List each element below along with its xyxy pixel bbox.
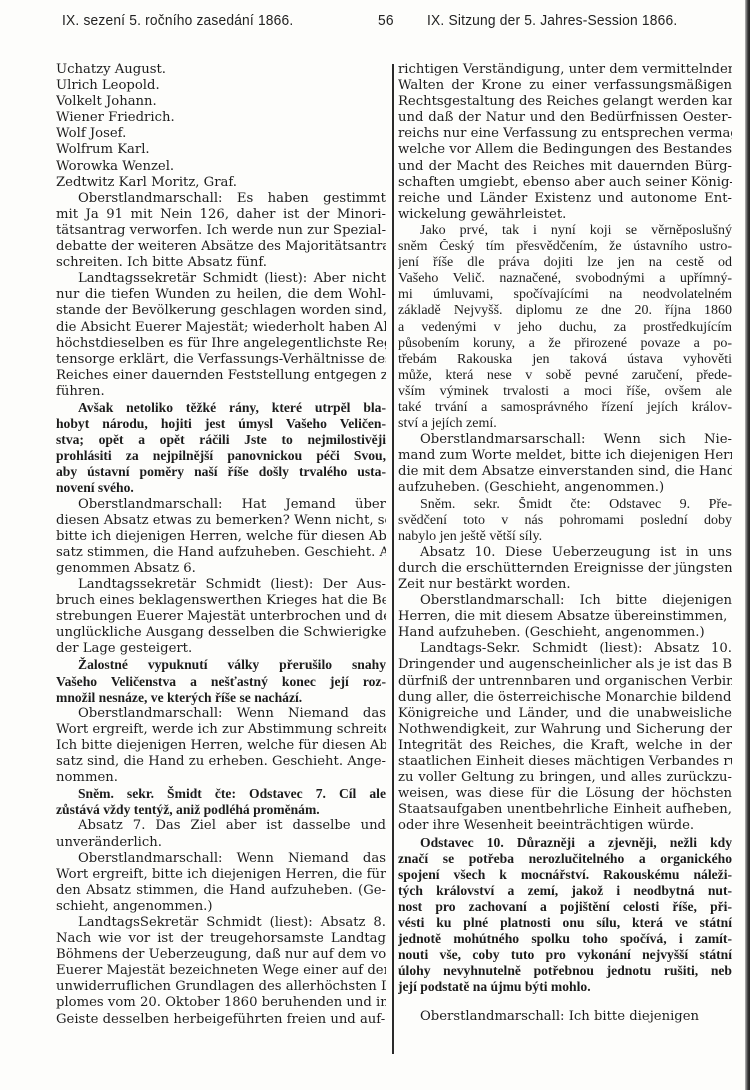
german-paragraph: Landtags-Sekr. Schmidt (liest): Absatz 1… [398, 641, 732, 834]
text-line: Landtagssekretär Schmidt (liest): Aber n… [56, 271, 386, 287]
german-paragraph: Landtagssekretär Schmidt (liest): Der Au… [56, 577, 386, 657]
german-paragraph: Absatz 10. Diese Ueberzeugung ist in uns… [398, 545, 732, 593]
voter-name: Wiener Friedrich. [56, 110, 386, 126]
text-line: jednotě mohútného spolku toho spočívá, i… [398, 931, 732, 947]
text-line: tých království a zemí, jakož i neodbytn… [398, 883, 732, 899]
text-line: bruch eines beklagenswerthen Krieges hat… [56, 593, 386, 609]
text-line: den Absatz stimmen, die Hand aufzuheben.… [56, 883, 386, 899]
text-line: satz sind, die Hand zu erheben. Geschieh… [56, 754, 386, 770]
paragraph-gap [398, 995, 732, 1009]
german-paragraph: Oberstlandmarschall: Wenn Niemand dasWor… [56, 706, 386, 786]
header-czech-title: IX. sezení 5. ročního zasedání 1866. [62, 12, 293, 29]
text-line: dürfniß der untrennbaren und organischen… [398, 674, 732, 690]
text-line: prohlásiti za nejpilnější panovnickou pé… [56, 448, 386, 464]
text-line: nost pro zachovaní a pojištění celosti ř… [398, 899, 732, 915]
text-line: mit Ja 91 mit Nein 126, daher ist der Mi… [56, 207, 386, 223]
left-column: Uchatzy August.Ulrich Leopold.Volkelt Jo… [56, 62, 386, 1028]
text-line: Vašeho Veličenstva a nešťastný konec jej… [56, 674, 386, 690]
text-line: schaften umgiebt, ebenso aber auch seine… [398, 175, 732, 191]
text-line: stande der Bevölkerung geschlagen worden… [56, 303, 386, 319]
text-line: ství a jejích zemí. [398, 416, 732, 432]
text-line: nouti vše, coby tuto pro vykonání nejvyš… [398, 947, 732, 963]
czech-paragraph: Sněm. sekr. Šmidt čte: Odstavec 9. Pře-s… [398, 497, 732, 545]
text-line: oder ihre Wesenheit beeinträchtigen würd… [398, 818, 732, 834]
text-line: Oberstlandmarschall: Wenn Niemand das [56, 851, 386, 867]
text-line: nur die tiefen Wunden zu heilen, die dem… [56, 287, 386, 303]
vote-name-list: Uchatzy August.Ulrich Leopold.Volkelt Jo… [56, 62, 386, 191]
left-column-paragraphs: Oberstlandmarschall: Es haben gestimmtmi… [56, 191, 386, 1028]
text-line: strebungen Euerer Majestät unterbrochen … [56, 609, 386, 625]
text-line: značí se potřeba nerozlučitelného a orga… [398, 851, 732, 867]
text-line: Wort ergreift, werde ich zur Abstimmung … [56, 722, 386, 738]
text-line: schieht, angenommen.) [56, 899, 386, 915]
text-line: množil nesnáze, ve kterých říše se nachá… [56, 690, 386, 706]
german-paragraph: Absatz 7. Das Ziel aber ist dasselbe und… [56, 818, 386, 850]
text-line: plomes vom 20. Oktober 1860 beruhenden u… [56, 995, 386, 1011]
czech-paragraph: Jako prvé, tak i nyní koji se věrněposlu… [398, 223, 732, 432]
german-paragraph: Oberstlandmarschall: Ich bitte diejenige… [398, 1009, 732, 1025]
text-line: staatlichen Einheit dieses mächtigen Ver… [398, 754, 732, 770]
text-line: Zeit nur bestärkt worden. [398, 577, 732, 593]
right-column: richtigen Verständigung, unter dem vermi… [398, 62, 732, 1026]
text-line: der Lage gesteigert. [56, 641, 386, 657]
text-line: úlohy nevyhnutelně potřebnou jednotu ruš… [398, 963, 732, 979]
text-line: Dringender und augenscheinlicher als je … [398, 657, 732, 673]
text-line: Sněm. sekr. Šmidt čte: Odstavec 9. Pře- [398, 497, 732, 513]
text-line: Vašeho Velič. naznačené, svobodnými a up… [398, 271, 732, 287]
text-line: Euerer Majestät bezeichneten Wege einer … [56, 963, 386, 979]
text-line: Geiste desselben herbeigeführten freien … [56, 1012, 386, 1028]
header-german-title: IX. Sitzung der 5. Jahres-Session 1866. [427, 12, 677, 29]
text-line: Rechtsgestaltung des Reiches gelangt wer… [398, 94, 732, 110]
text-line: sněm Český tím přesvědčením, že ústavníh… [398, 239, 732, 255]
text-line: Oberstlandmarschall: Es haben gestimmt [56, 191, 386, 207]
text-line: Königreiche und Länder, und die unabweis… [398, 706, 732, 722]
german-paragraph: Oberstlandmarschall: Es haben gestimmtmi… [56, 191, 386, 271]
text-line: genommen Absatz 6. [56, 561, 386, 577]
text-line: führen. [56, 384, 386, 400]
text-line: svědčení toto v nás pohromami poslední d… [398, 513, 732, 529]
text-line: reiche und Länder Existenz und autonome … [398, 191, 732, 207]
text-line: Ich bitte diejenigen Herren, welche für … [56, 738, 386, 754]
text-line: Avšak netoliko těžké rány, které utrpěl … [56, 400, 386, 416]
voter-name: Ulrich Leopold. [56, 78, 386, 94]
text-line: unwiderruflichen Grundlagen des allerhöc… [56, 979, 386, 995]
text-line: weisen, was diese für die Lösung der höc… [398, 786, 732, 802]
voter-name: Uchatzy August. [56, 62, 386, 78]
german-paragraph: Oberstlandmarschall: Hat Jemand überdies… [56, 497, 386, 577]
text-line: Landtags-Sekr. Schmidt (liest): Absatz 1… [398, 641, 732, 657]
text-line: novení svého. [56, 480, 386, 496]
text-line: aufzuheben. (Geschieht, angenommen.) [398, 480, 732, 496]
czech-paragraph: Odstavec 10. Důrazněji a zjevněji, nežli… [398, 835, 732, 996]
text-line: Nothwendigkeit, zur Wahrung und Sicherun… [398, 722, 732, 738]
text-line: Absatz 7. Das Ziel aber ist dasselbe und [56, 818, 386, 834]
text-line: zu voller Geltung zu bringen, und alles … [398, 770, 732, 786]
text-line: wickelung gewährleistet. [398, 207, 732, 223]
voter-name: Wolfrum Karl. [56, 142, 386, 158]
text-line: Nach wie vor ist der treugehorsamste Lan… [56, 931, 386, 947]
text-line: Herren, die mit diesem Absatze übereinst… [398, 609, 732, 625]
text-line: působením koruny, a že přirozené povaze … [398, 336, 732, 352]
text-line: aby ústavní poměry naší říše došly trval… [56, 464, 386, 480]
page-header: IX. sezení 5. ročního zasedání 1866. 56 … [0, 0, 750, 40]
text-line: Wort ergreift, bitte ich diejenigen Herr… [56, 867, 386, 883]
text-line: Oberstlandmarschall: Wenn Niemand das [56, 706, 386, 722]
voter-name: Worowka Wenzel. [56, 159, 386, 175]
text-line: höchstdieselben es für Ihre angelegentli… [56, 336, 386, 352]
text-line: nommen. [56, 770, 386, 786]
text-line: die mit dem Absatze einverstanden sind, … [398, 464, 732, 480]
text-line: spojení všech k mocnářství. Rakouskému n… [398, 867, 732, 883]
text-line: zůstává vždy tentýž, aniž podléhá proměn… [56, 802, 386, 818]
text-line: Oberstlandmarschall: Ich bitte diejenige… [398, 1009, 732, 1025]
text-line: třebám Rakouska jen taková ústava vyhově… [398, 352, 732, 368]
german-paragraph: Oberstlandmarsarschall: Wenn sich Nie-ma… [398, 432, 732, 496]
german-paragraph: LandtagsSekretär Schmidt (liest): Absatz… [56, 915, 386, 1028]
text-line: Absatz 10. Diese Ueberzeugung ist in uns [398, 545, 732, 561]
text-line: richtigen Verständigung, unter dem vermi… [398, 62, 732, 78]
text-line: bitte ich diejenigen Herren, welche für … [56, 529, 386, 545]
column-divider [392, 64, 394, 1054]
text-line: Reiches einer dauernden Feststellung ent… [56, 368, 386, 384]
text-line: Integrität des Reiches, die Kraft, welch… [398, 738, 732, 754]
text-line: Hand aufzuheben. (Geschieht, angenommen.… [398, 625, 732, 641]
text-line: schreiten. Ich bitte Absatz fünf. [56, 255, 386, 271]
text-line: mi úmluvami, spočívajícími na neodvolate… [398, 287, 732, 303]
text-line: může, která nese v sobě pevné zaručení, … [398, 368, 732, 384]
czech-paragraph: Avšak netoliko těžké rány, které utrpěl … [56, 400, 386, 497]
text-line: tensorge erklärt, die Verfassungs-Verhäl… [56, 352, 386, 368]
voter-name: Volkelt Johann. [56, 94, 386, 110]
german-paragraph: richtigen Verständigung, unter dem vermi… [398, 62, 732, 223]
text-line: také trvání a samosprávného řízení jejíc… [398, 400, 732, 416]
german-paragraph: Oberstlandmarschall: Wenn Niemand dasWor… [56, 851, 386, 915]
text-line: základě Nejvyšš. diplomu ze dne 20. říjn… [398, 303, 732, 319]
page-number: 56 [378, 12, 394, 29]
text-line: debatte der weiteren Absätze des Majorit… [56, 239, 386, 255]
text-line: stva; opět a opět ráčili Jste to nejmilo… [56, 432, 386, 448]
voter-name: Wolf Josef. [56, 126, 386, 142]
text-line: vším výminek trvalosti a moci říše, ovše… [398, 384, 732, 400]
text-line: Oberstlandmarschall: Ich bitte diejenige… [398, 593, 732, 609]
czech-paragraph: Žalostné vypuknutí války přerušilo snahy… [56, 657, 386, 705]
text-line: Žalostné vypuknutí války přerušilo snahy [56, 657, 386, 673]
text-line: unglückliche Ausgang desselben die Schwi… [56, 625, 386, 641]
text-line: a vedenými v jeho duchu, za prostředkují… [398, 320, 732, 336]
text-line: jení říše dle práva dojiti lze jen na ce… [398, 255, 732, 271]
text-line: die Absicht Euerer Majestät; wiederholt … [56, 320, 386, 336]
scan-edge [745, 0, 750, 1090]
text-line: hobyt národu, hojiti jest úmysl Vašeho V… [56, 416, 386, 432]
text-line: její podstatě na újmu býti mohlo. [398, 979, 732, 995]
text-line: mand zum Worte meldet, bitte ich diejeni… [398, 448, 732, 464]
german-paragraph: Landtagssekretär Schmidt (liest): Aber n… [56, 271, 386, 400]
text-line: und daß der Natur und den Bedürfnissen O… [398, 110, 732, 126]
text-line: durch die erschütternden Ereignisse der … [398, 561, 732, 577]
text-line: reichs nur eine Verfassung zu entspreche… [398, 126, 732, 142]
text-line: diesen Absatz etwas zu bemerken? Wenn ni… [56, 513, 386, 529]
text-line: welche vor Allem die Bedingungen des Bes… [398, 142, 732, 158]
text-line: Sněm. sekr. Šmidt čte: Odstavec 7. Cíl a… [56, 786, 386, 802]
text-line: Jako prvé, tak i nyní koji se věrněposlu… [398, 223, 732, 239]
text-line: dung aller, die österreichische Monarchi… [398, 690, 732, 706]
text-line: nabylo jen ještě větší síly. [398, 529, 732, 545]
text-line: tätsantrag verworfen. Ich werde nun zur … [56, 223, 386, 239]
text-line: LandtagsSekretär Schmidt (liest): Absatz… [56, 915, 386, 931]
german-paragraph: Oberstlandmarschall: Ich bitte diejenige… [398, 593, 732, 641]
voter-name: Zedtwitz Karl Moritz, Graf. [56, 175, 386, 191]
text-line: Odstavec 10. Důrazněji a zjevněji, nežli… [398, 835, 732, 851]
text-line: Staatsaufgaben unentbehrliche Einheit au… [398, 802, 732, 818]
text-line: und der Macht des Reiches mit dauernden … [398, 159, 732, 175]
text-line: Oberstlandmarsarschall: Wenn sich Nie- [398, 432, 732, 448]
text-line: vésti ku plné platnosti onu sílu, která … [398, 915, 732, 931]
text-line: Böhmens der Ueberzeugung, daß nur auf de… [56, 947, 386, 963]
right-column-paragraphs: richtigen Verständigung, unter dem vermi… [398, 62, 732, 1026]
text-line: Landtagssekretär Schmidt (liest): Der Au… [56, 577, 386, 593]
text-line: Oberstlandmarschall: Hat Jemand über [56, 497, 386, 513]
czech-paragraph: Sněm. sekr. Šmidt čte: Odstavec 7. Cíl a… [56, 786, 386, 818]
text-line: unveränderlich. [56, 835, 386, 851]
text-line: Walten der Krone zu einer verfassungsmäß… [398, 78, 732, 94]
text-line: satz stimmen, die Hand aufzuheben. Gesch… [56, 545, 386, 561]
